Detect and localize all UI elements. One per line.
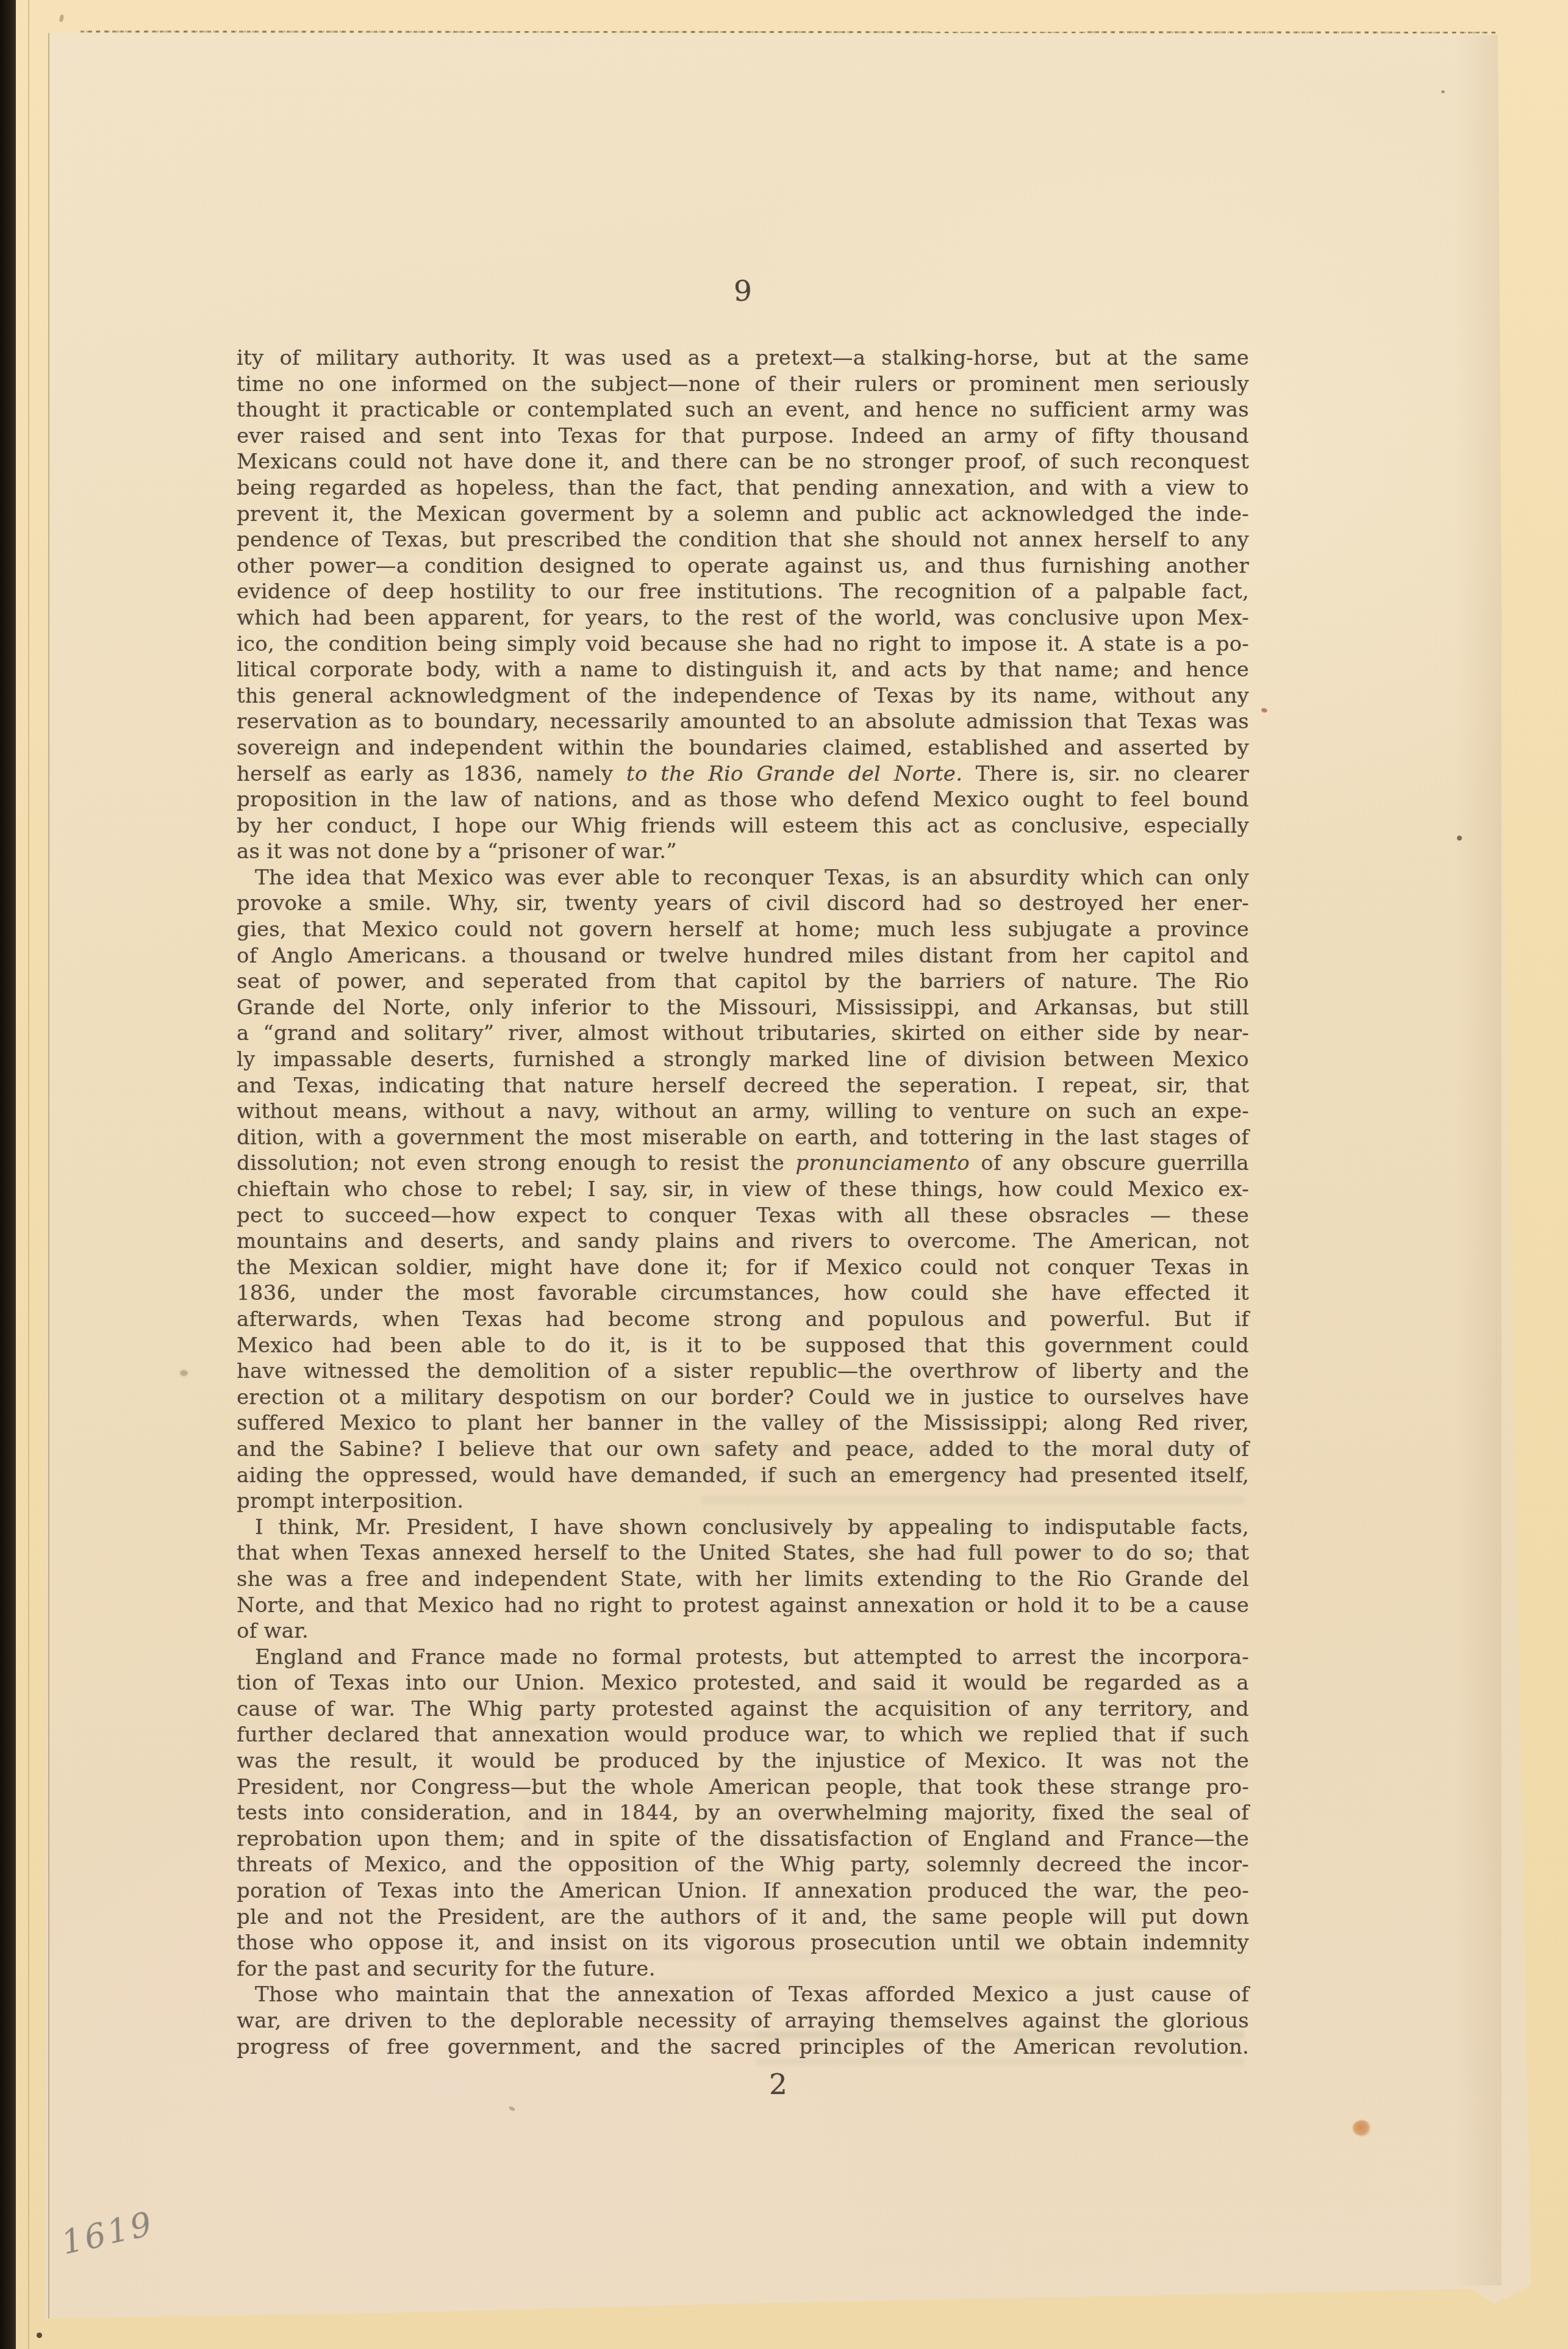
under-sheet-edge-line: [28, 0, 29, 2349]
text-line: being regarded as hopeless, than the fac…: [237, 475, 1249, 501]
text-line: pect to succeed—how expect to conquer Te…: [237, 1203, 1249, 1229]
text-line: proposition in the law of nations, and a…: [237, 787, 1249, 813]
text-line: war, are driven to the deplorable necess…: [237, 2008, 1249, 2034]
text-line: Mexicans could not have done it, and the…: [237, 449, 1249, 475]
text-segment: dissolution; not even strong enough to r…: [237, 1151, 795, 1175]
text-line: pendence of Texas, but prescribed the co…: [237, 527, 1249, 553]
text-line: ity of military authority. It was used a…: [237, 345, 1249, 371]
text-line: ple and not the President, are the autho…: [237, 1904, 1249, 1931]
text-line: seat of power, and seperated from that c…: [237, 969, 1249, 995]
text-line: of war.: [237, 1618, 1249, 1644]
text-line: have witnessed the demolition of a siste…: [237, 1358, 1249, 1385]
text-line: and the Sabine? I believe that our own s…: [237, 1436, 1249, 1463]
text-line: The idea that Mexico was ever able to re…: [237, 865, 1249, 891]
text-line: the Mexican soldier, might have done it;…: [237, 1255, 1249, 1281]
text-line: as it was not done by a “prisoner of war…: [237, 839, 1249, 865]
text-line: tests into consideration, and in 1844, b…: [237, 1800, 1249, 1826]
text-line: further declared that annexation would p…: [237, 1722, 1249, 1748]
page-number: 9: [237, 274, 1249, 308]
text-line: ever raised and sent into Texas for that…: [237, 423, 1249, 450]
text-line: chieftain who chose to rebel; I say, sir…: [237, 1177, 1249, 1203]
page-left-edge-line: [48, 33, 49, 2319]
text-line: Grande del Norte, only inferior to the M…: [237, 995, 1249, 1021]
italic-text: to the Rio Grande del Norte.: [626, 762, 962, 786]
text-line: herself as early as 1836, namely to the …: [237, 761, 1249, 787]
text-segment: of any obscure guerrilla: [970, 1151, 1249, 1175]
text-line: she was a free and independent State, wi…: [237, 1566, 1249, 1593]
text-line: 1836, under the most favorable circumsta…: [237, 1280, 1249, 1307]
text-line: thought it practicable or contemplated s…: [237, 397, 1249, 423]
text-segment: There is, sir. no clearer: [962, 762, 1249, 786]
text-line: this general acknowledgment of the indep…: [237, 683, 1249, 709]
text-line: sovereign and independent within the bou…: [237, 735, 1249, 761]
text-line: I think, Mr. President, I have shown con…: [237, 1515, 1249, 1541]
text-line: mountains and deserts, and sandy plains …: [237, 1228, 1249, 1255]
text-line: reprobation upon them; and in spite of t…: [237, 1826, 1249, 1852]
text-line: poration of Texas into the American Unio…: [237, 1878, 1249, 1904]
text-line: gies, that Mexico could not govern herse…: [237, 917, 1249, 943]
page-edge-shading: [1455, 35, 1502, 2286]
text-line: which had been apparent, for years, to t…: [237, 605, 1249, 631]
text-line: Those who maintain that the annexation o…: [237, 1982, 1249, 2008]
rust-fleck: [1261, 708, 1267, 713]
text-line: erection ot a military despotism on our …: [237, 1385, 1249, 1411]
text-line: afterwards, when Texas had become strong…: [237, 1307, 1249, 1333]
text-line: of Anglo Americans. a thousand or twelve…: [237, 943, 1249, 969]
text-line: dition, with a government the most miser…: [237, 1125, 1249, 1151]
signature-mark: 2: [272, 2068, 1284, 2101]
text-line: England and France made no formal protes…: [237, 1644, 1249, 1671]
text-line: ly impassable deserts, furnished a stron…: [237, 1047, 1249, 1073]
text-line: by her conduct, I hope our Whig friends …: [237, 813, 1249, 839]
text-line: prompt interposition.: [237, 1488, 1249, 1515]
text-line: provoke a smile. Why, sir, twenty years …: [237, 891, 1249, 917]
paper-fleck: [508, 2106, 516, 2112]
text-line: and Texas, indicating that nature hersel…: [237, 1073, 1249, 1099]
text-line: tion of Texas into our Union. Mexico pro…: [237, 1670, 1249, 1696]
text-line: dissolution; not even strong enough to r…: [237, 1150, 1249, 1177]
text-line: Mexico had been able to do it, is it to …: [237, 1333, 1249, 1359]
text-line: litical corporate body, with a name to d…: [237, 657, 1249, 683]
scanned-document: 9 ity of military authority. It was used…: [0, 0, 1568, 2349]
text-line: other power—a condition designed to oper…: [237, 553, 1249, 579]
text-line: President, nor Congress—but the whole Am…: [237, 1774, 1249, 1801]
text-line: cause of war. The Whig party protested a…: [237, 1696, 1249, 1723]
text-line: without means, without a navy, without a…: [237, 1099, 1249, 1125]
text-segment: herself as early as 1836, namely: [237, 762, 626, 786]
text-line: time no one informed on the subject—none…: [237, 371, 1249, 398]
text-line: reservation as to boundary, necessarily …: [237, 709, 1249, 735]
document-page: 9 ity of military authority. It was used…: [0, 0, 1568, 2349]
text-line: a “grand and solitary” river, almost wit…: [237, 1020, 1249, 1047]
rust-stain: [1353, 2120, 1371, 2136]
text-line: prevent it, the Mexican goverment by a s…: [237, 501, 1249, 528]
text-line: progress of free government, and the sac…: [237, 2034, 1249, 2060]
text-line: aiding the oppressed, would have demande…: [237, 1463, 1249, 1489]
text-line: those who oppose it, and insist on its v…: [237, 1930, 1249, 1956]
italic-text: pronunciamento: [795, 1151, 970, 1175]
text-line: suffered Mexico to plant her banner in t…: [237, 1410, 1249, 1436]
text-line: ico, the condition being simply void bec…: [237, 631, 1249, 658]
text-line: threats of Mexico, and the opposition of…: [237, 1852, 1249, 1878]
text-line: evidence of deep hostility to our free i…: [237, 579, 1249, 605]
text-line: Norte, and that Mexico had no right to p…: [237, 1593, 1249, 1619]
margin-smudge: [180, 1370, 188, 1376]
text-line: was the result, it would be produced by …: [237, 1748, 1249, 1774]
text-block: ity of military authority. It was used a…: [237, 345, 1249, 2060]
text-line: that when Texas annexed herself to the U…: [237, 1540, 1249, 1566]
text-line: for the past and security for the future…: [237, 1956, 1249, 1982]
